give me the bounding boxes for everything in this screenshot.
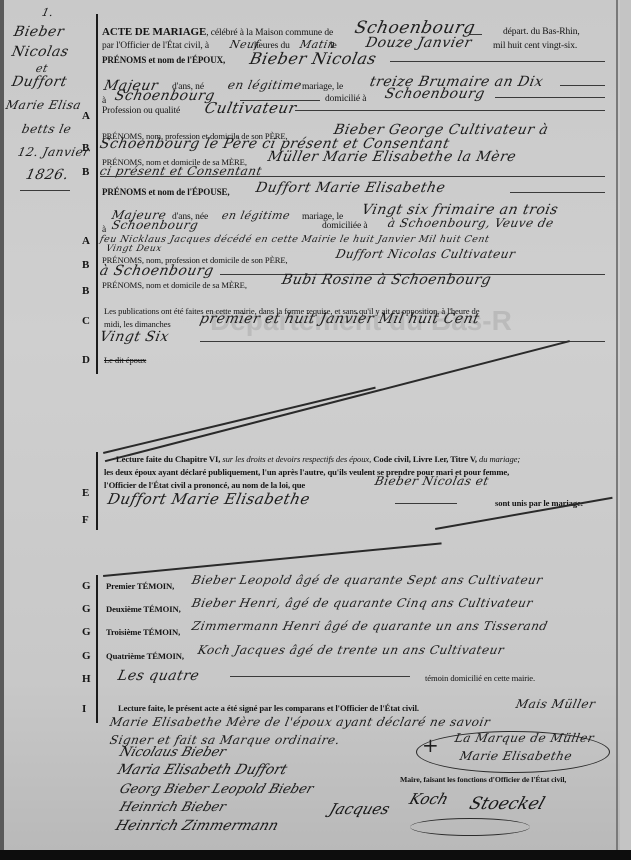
fill-line — [295, 110, 605, 111]
bride-label: PRÉNOMS et nom de l'ÉPOUSE, — [102, 187, 230, 198]
cancel-stroke — [103, 387, 376, 454]
margin-line: Bieber — [12, 24, 65, 40]
signature: Heinrich Bieber — [118, 800, 228, 815]
mark-line-1: La Marque de Müller — [454, 731, 596, 745]
margin-letter: I — [82, 703, 86, 715]
margin-letter: G — [82, 650, 91, 662]
header-text: , célébré à la Maison commune de — [206, 28, 333, 38]
margin-letter: G — [82, 603, 91, 615]
fill-line — [395, 503, 457, 504]
signing-note-1: Mais Müller — [515, 697, 597, 711]
department-text: départ. du Bas-Rhin, — [503, 27, 580, 38]
struck-text: Le dit époux — [104, 355, 146, 366]
left-rule-top — [96, 14, 98, 374]
groom-birth-label: mariage, le — [302, 82, 343, 93]
page-right-rule — [616, 0, 618, 850]
signing-text: Lecture faite, le présent acte a été sig… — [118, 703, 419, 714]
profession-label: Profession ou qualité — [102, 106, 180, 117]
bride-birthplace: Schoenbourg — [111, 218, 200, 232]
groom-profession: Cultivateur — [203, 99, 298, 117]
record-title: ACTE DE MARIAGE — [102, 26, 206, 38]
groom-birthplace: Schoenbourg — [113, 88, 216, 104]
cancel-stroke — [103, 542, 442, 576]
mark-cross-icon: + — [422, 733, 439, 757]
marriage-date: Douze Janvier — [364, 35, 473, 51]
fill-line — [390, 61, 605, 62]
margin-line: betts le — [21, 122, 73, 136]
margin-letter: B — [82, 259, 89, 271]
cancel-stroke — [105, 341, 570, 463]
left-rule-middle — [96, 452, 98, 530]
spouses-names-2: Duffort Marie Elisabethe — [106, 490, 312, 508]
witness-domicile-label: témoin domicilié en cette mairie. — [425, 673, 535, 684]
margin-letter: B — [82, 166, 89, 178]
fill-line — [495, 97, 605, 98]
bride-father-cont: à Schoenbourg — [98, 263, 215, 279]
header-line-1: ACTE DE MARIAGE, célébré à la Maison com… — [102, 27, 333, 39]
adjacent-page-strip — [620, 0, 631, 850]
lecture-line-1: Lecture faite du Chapitre VI, sur les dr… — [116, 454, 520, 465]
lecture-text: du mariage; — [479, 454, 520, 464]
header-line-2: par l'Officier de l'État civil, à — [102, 41, 209, 52]
margin-letter: A — [82, 110, 90, 122]
witness-value: Koch Jacques âgé de trente un ans Cultiv… — [197, 643, 506, 657]
year-text: mil huit cent vingt-six. — [493, 41, 577, 52]
margin-letter: A — [82, 235, 90, 247]
margin-letter: D — [82, 354, 90, 366]
mayor-label: Maire, faisant les fonctions d'Officier … — [400, 774, 566, 785]
margin-number: 1. — [41, 6, 55, 19]
margin-letter: G — [82, 580, 91, 592]
fill-line — [230, 676, 410, 677]
groom-legitimacy: en légitime — [227, 78, 304, 92]
fill-line — [510, 192, 605, 193]
groom-domicile-label: domicilié à — [325, 94, 366, 105]
signature: Koch — [407, 790, 451, 808]
margin-letter: G — [82, 626, 91, 638]
spouses-names-1: Bieber Nicolas et — [374, 474, 491, 488]
witness-value: Bieber Henri, âgé de quarante Cinq ans C… — [191, 596, 535, 610]
marriage-record-page: Département du Bas-R 1. Bieber Nicolas e… — [0, 0, 631, 850]
publication-dates-2: Vingt Six — [98, 329, 170, 345]
fill-line — [560, 85, 605, 86]
margin-line: Duffort — [10, 74, 68, 90]
margin-line: Nicolas — [10, 44, 70, 60]
margin-letter: B — [82, 142, 89, 154]
bride-domicile: à Schoenbourg, Veuve de — [387, 216, 556, 230]
margin-letter: B — [82, 285, 89, 297]
signature: Maria Elisabeth Duffort — [115, 762, 289, 778]
margin-line: 12. Janvier — [17, 145, 92, 159]
bride-mother: Bubi Rosine à Schoenbourg — [280, 272, 493, 288]
signature: Nicolaus Bieber — [118, 745, 228, 760]
margin-letter: H — [82, 673, 91, 685]
left-rule-bottom — [96, 575, 98, 723]
margin-flourish — [20, 190, 70, 191]
bride-father: Duffort Nicolas Cultivateur — [335, 247, 517, 261]
bride-mother-label: PRÉNOMS, nom et domicile de sa MÈRE, — [102, 280, 247, 291]
mark-line-2: Marie Elisabethe — [459, 749, 574, 763]
witness-label: Premier TÉMOIN, — [106, 581, 174, 592]
lecture-text: Lecture faite du Chapitre VI, — [116, 454, 220, 464]
signature-flourish — [410, 818, 530, 836]
fill-line — [100, 176, 605, 177]
signature: Jacques — [327, 800, 392, 818]
publication-dates: premier et huit Janvier Mil huit Cent — [198, 311, 481, 327]
page-left-edge — [0, 0, 4, 850]
lecture-text: Code civil, Livre I.er, Titre V, — [373, 454, 477, 464]
witness-label: Troisième TÉMOIN, — [106, 627, 180, 638]
groom-label: PRÉNOMS et nom de l'ÉPOUX, — [102, 55, 225, 66]
signing-note-2: Marie Elisabethe Mère de l'époux ayant d… — [109, 715, 492, 729]
bride-legitimacy: en légitime — [221, 209, 292, 222]
bride-domicile-label: domiciliée à — [322, 221, 368, 232]
witness-value: Bieber Leopold âgé de quarante Sept ans … — [191, 573, 545, 587]
margin-letter: F — [82, 514, 89, 526]
margin-letter: C — [82, 315, 90, 327]
lecture-text: sur les droits et devoirs respectifs des… — [222, 454, 371, 464]
signature: Heinrich Zimmermann — [113, 818, 280, 834]
groom-mother: Müller Marie Elisabethe la Mère — [266, 149, 517, 165]
bride-widow-note-2: Vingt Deux — [105, 244, 163, 254]
bride-name: Duffort Marie Elisabethe — [254, 180, 447, 196]
margin-line: Marie Elisa — [5, 98, 83, 112]
witness-value: Zimmermann Henri âgé de quarante un ans … — [191, 619, 550, 633]
groom-name: Bieber Nicolas — [248, 49, 378, 68]
signature: Georg Bieber Leopold Bieber — [118, 782, 316, 797]
margin-letter: E — [82, 487, 89, 499]
groom-domicile: Schoenbourg — [383, 86, 486, 102]
mayor-signature: Stoeckel — [467, 794, 548, 814]
fill-line — [200, 341, 605, 342]
margin-line: 1826. — [24, 167, 70, 183]
witness-domicile-value: Les quatre — [116, 668, 201, 684]
witness-label: Quatrième TÉMOIN, — [106, 651, 184, 662]
witness-label: Deuxième TÉMOIN, — [106, 604, 181, 615]
